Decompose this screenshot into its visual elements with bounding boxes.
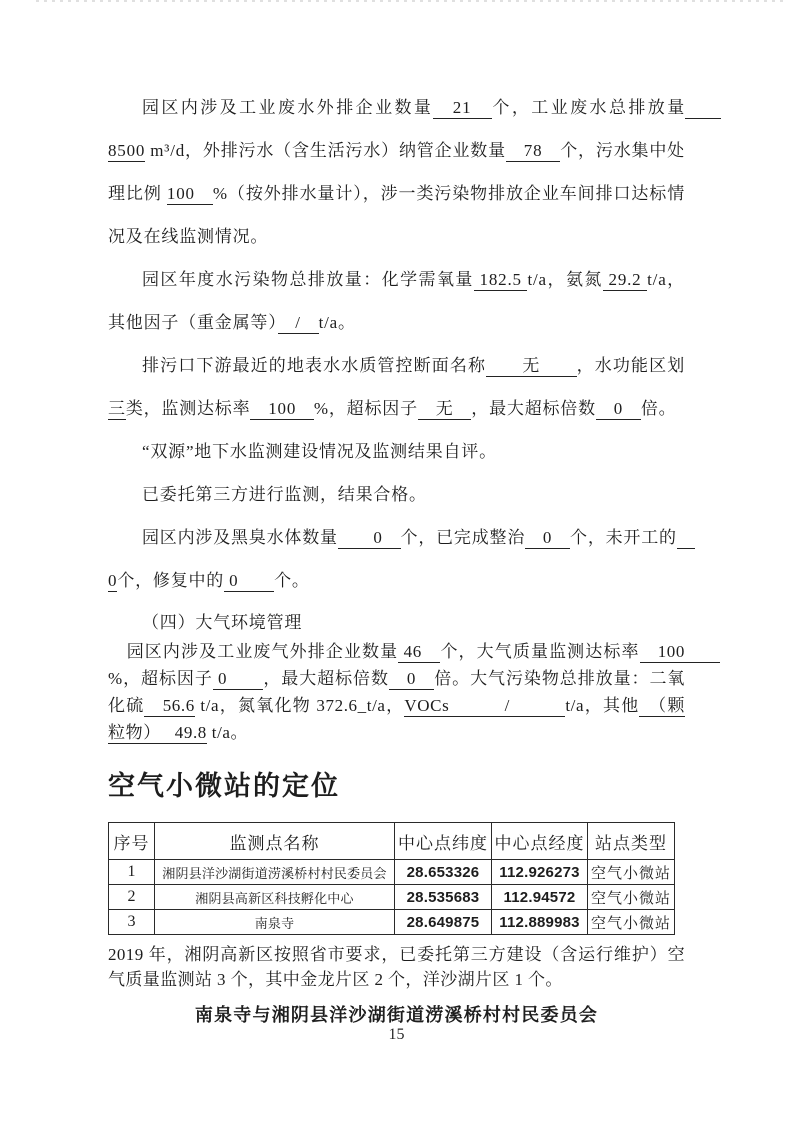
text-run: 个，大气质量监测达标率	[440, 642, 639, 661]
filled-blank: 三	[108, 399, 126, 420]
cell-index: 1	[109, 860, 155, 885]
text-run: t/a。	[319, 313, 356, 332]
text-run: 已委托第三方进行监测，结果合格。	[142, 485, 427, 504]
page-number: 15	[0, 1026, 793, 1044]
filled-blank: 29.2	[603, 270, 647, 291]
filled-blank: 0	[525, 528, 570, 549]
scan-artifact	[36, 0, 785, 2]
text-run: 个，工业废水总排放量	[492, 98, 685, 117]
col-header-longitude: 中心点经度	[492, 823, 588, 860]
filled-blank: 100	[640, 642, 721, 663]
cell-station-name: 湘阴县洋沙湖街道涝溪桥村村民委员会	[155, 860, 395, 885]
cell-station-name: 南泉寺	[155, 910, 395, 935]
paragraph-black-odor-water: 园区内涉及黑臭水体数量 0 个，已完成整治 0 个，未开工的 0个，修复中的 0…	[108, 516, 685, 602]
col-header-type: 站点类型	[588, 823, 675, 860]
filled-blank: 21	[433, 98, 492, 119]
text-run: 园区内涉及工业废气外排企业数量	[127, 642, 399, 661]
monitoring-stations-table: 序号 监测点名称 中心点纬度 中心点经度 站点类型 1 湘阴县洋沙湖街道涝溪桥村…	[108, 822, 675, 935]
table-header-row: 序号 监测点名称 中心点纬度 中心点经度 站点类型	[109, 823, 675, 860]
filled-blank: 100	[250, 399, 314, 420]
text-run: t/a，氨氮	[527, 270, 602, 289]
filled-blank: 182.5	[474, 270, 528, 291]
text-run: 倍。	[641, 399, 677, 418]
filled-blank: 无	[486, 356, 577, 377]
col-header-name: 监测点名称	[155, 823, 395, 860]
text-run: ，最大超标倍数	[263, 669, 389, 688]
filled-blank: VOCs /	[404, 696, 565, 717]
text-run: 个。	[274, 571, 310, 590]
paragraph-construction-note: 2019 年，湘阴高新区按照省市要求，已委托第三方建设（含运行维护）空气质量监测…	[108, 942, 685, 992]
text-run: m³/d，外排污水（含生活污水）纳管企业数量	[145, 141, 506, 160]
cell-station-type: 空气小微站	[588, 885, 675, 910]
text-run: t/a，氮氧化物 372.6_t/a，	[195, 696, 405, 715]
filled-blank: 无	[418, 399, 471, 420]
text-run: 排污口下游最近的地表水水质管控断面名称	[142, 356, 486, 375]
paragraph-groundwater-monitoring: “双源”地下水监测建设情况及监测结果自评。	[108, 430, 685, 473]
text-run: ，最大超标倍数	[471, 399, 596, 418]
filled-blank: 56.6	[144, 696, 194, 717]
filled-blank: 78	[506, 141, 560, 162]
col-header-index: 序号	[109, 823, 155, 860]
filled-blank: 0	[338, 528, 401, 549]
table-row: 3 南泉寺 28.649875 112.889983 空气小微站	[109, 910, 675, 935]
cell-station-type: 空气小微站	[588, 860, 675, 885]
filled-blank: 0	[389, 669, 434, 690]
paragraph-third-party-monitoring: 已委托第三方进行监测，结果合格。	[108, 473, 685, 516]
filled-blank: 0	[224, 571, 274, 592]
paragraph-surface-water-section: 排污口下游最近的地表水水质管控断面名称 无 ，水功能区划三类，监测达标率 100…	[108, 344, 685, 430]
cell-latitude: 28.649875	[395, 910, 492, 935]
cell-index: 2	[109, 885, 155, 910]
text-run: %，超标因子	[314, 399, 418, 418]
cell-latitude: 28.535683	[395, 885, 492, 910]
cell-latitude: 28.653326	[395, 860, 492, 885]
table-row: 1 湘阴县洋沙湖街道涝溪桥村村民委员会 28.653326 112.926273…	[109, 860, 675, 885]
text-run: %，超标因子	[108, 669, 213, 688]
filled-blank: 0	[596, 399, 641, 420]
text-run: t/a，其他	[565, 696, 639, 715]
document-body: 园区内涉及工业废水外排企业数量 21 个，工业废水总排放量 8500 m³/d，…	[108, 86, 685, 1045]
text-run: 个，修复中的	[117, 571, 224, 590]
filled-blank: /	[278, 313, 319, 334]
section-heading-air-management: （四）大气环境管理	[108, 608, 685, 638]
paragraph-air-emissions: 园区内涉及工业废气外排企业数量 46 个，大气质量监测达标率 100 %，超标因…	[108, 638, 685, 746]
cell-longitude: 112.926273	[492, 860, 588, 885]
paragraph-annual-water-pollutants: 园区年度水污染物总排放量：化学需氧量 182.5 t/a，氨氮 29.2 t/a…	[108, 258, 685, 344]
heading-air-microstation-location: 空气小微站的定位	[108, 770, 685, 802]
cell-index: 3	[109, 910, 155, 935]
cell-longitude: 112.94572	[492, 885, 588, 910]
caption-station-names: 南泉寺与湘阴县洋沙湖街道涝溪桥村村民委员会	[108, 1001, 685, 1027]
table-row: 2 湘阴县高新区科技孵化中心 28.535683 112.94572 空气小微站	[109, 885, 675, 910]
text-run: 园区年度水污染物总排放量：化学需氧量	[142, 270, 474, 289]
text-run: 园区内涉及黑臭水体数量	[142, 528, 338, 547]
cell-station-type: 空气小微站	[588, 910, 675, 935]
text-run: 园区内涉及工业废水外排企业数量	[142, 98, 433, 117]
cell-station-name: 湘阴县高新区科技孵化中心	[155, 885, 395, 910]
filled-blank: 46	[398, 642, 440, 663]
document-page: { "doc": { "p1": [ {"t":"园区内涉及工业废水外排企业数量…	[0, 0, 793, 1122]
text-run: t/a。	[207, 723, 248, 742]
text-run: 个，未开工的	[570, 528, 677, 547]
cell-longitude: 112.889983	[492, 910, 588, 935]
col-header-latitude: 中心点纬度	[395, 823, 492, 860]
paragraph-industrial-wastewater: 园区内涉及工业废水外排企业数量 21 个，工业废水总排放量 8500 m³/d，…	[108, 86, 685, 258]
text-run: 类，监测达标率	[126, 399, 251, 418]
text-run: “双源”地下水监测建设情况及监测结果自评。	[142, 442, 497, 461]
filled-blank: 100	[167, 184, 213, 205]
filled-blank: 0	[213, 669, 264, 690]
text-run: 个，已完成整治	[401, 528, 526, 547]
text-run: ，水功能区划	[577, 356, 685, 375]
